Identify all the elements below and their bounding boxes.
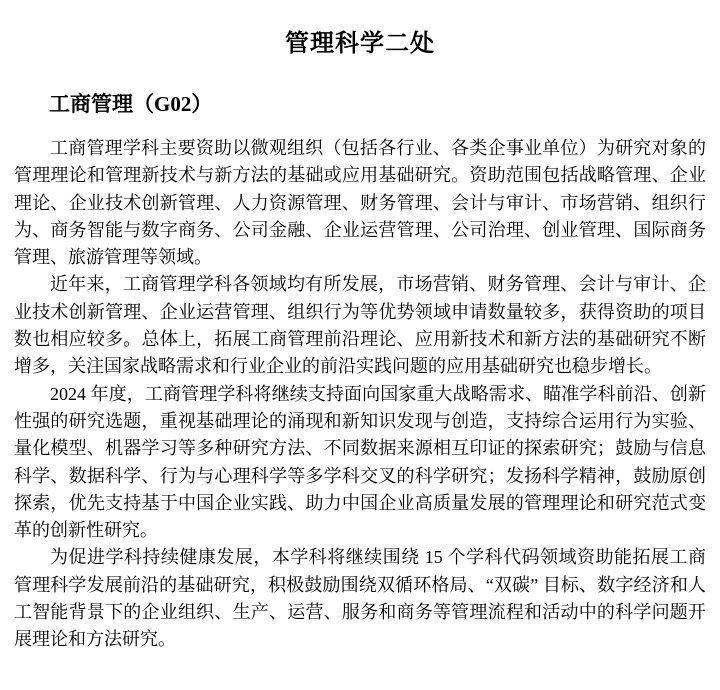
- page-title: 管理科学二处: [0, 30, 720, 58]
- paragraph-discipline-development: 为促进学科持续健康发展，本学科将继续围绕 15 个学科代码领域资助能拓展工商管理…: [14, 544, 706, 653]
- paragraph-2024-priorities: 2024 年度，工商管理学科将继续支持面向国家重大战略需求、瞄准学科前沿、创新性…: [14, 381, 706, 545]
- document-page: 管理科学二处 工商管理（G02） 工商管理学科主要资助以微观组织（包括各行业、各…: [0, 0, 720, 690]
- document-body: 工商管理学科主要资助以微观组织（包括各行业、各类企事业单位）为研究对象的管理理论…: [14, 135, 706, 654]
- paragraph-recent-trends: 近年来，工商管理学科各领域均有所发展，市场营销、财务管理、会计与审计、企业技术创…: [14, 271, 706, 380]
- section-heading: 工商管理（G02）: [14, 92, 706, 116]
- paragraph-scope: 工商管理学科主要资助以微观组织（包括各行业、各类企事业单位）为研究对象的管理理论…: [14, 135, 706, 271]
